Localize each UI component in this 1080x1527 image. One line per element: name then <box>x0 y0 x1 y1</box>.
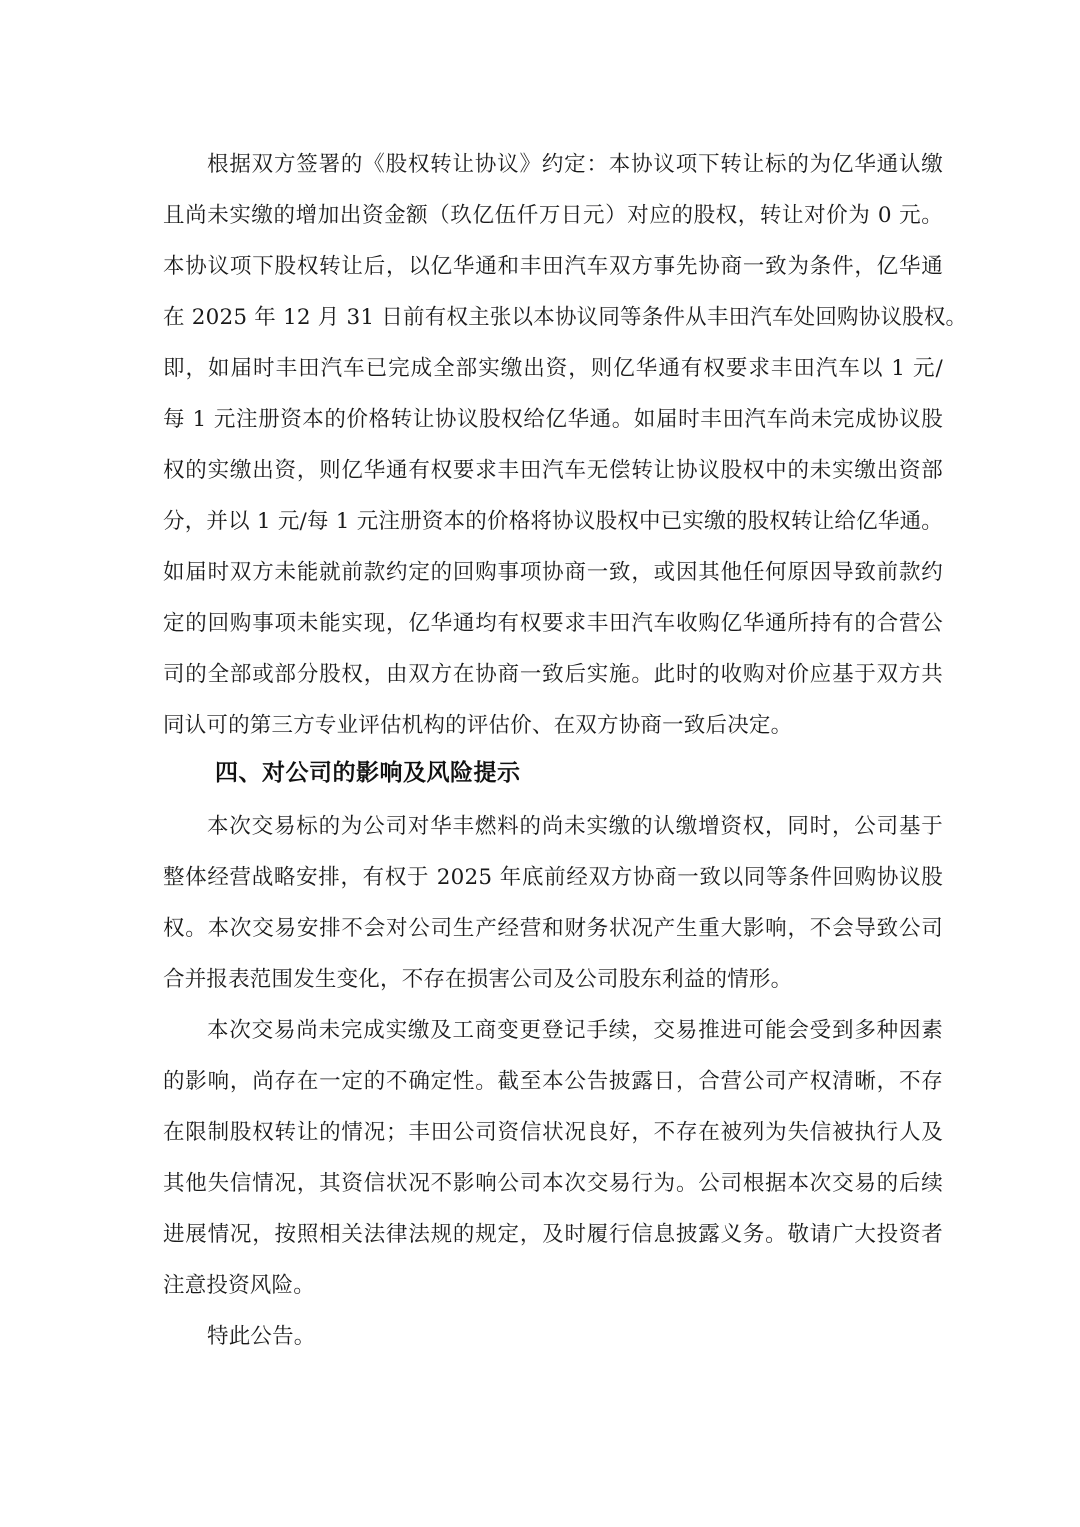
paragraph-line: 权的实缴出资，则亿华通有权要求丰田汽车无偿转让协议股权中的未实缴出资部 <box>163 456 943 486</box>
paragraph-line: 分，并以 1 元/每 1 元注册资本的价格将协议股权中已实缴的股权转让给亿华通。 <box>163 507 943 537</box>
paragraph-line: 本次交易标的为公司对华丰燃料的尚未实缴的认缴增资权，同时，公司基于 <box>207 812 943 842</box>
paragraph-line: 本协议项下股权转让后，以亿华通和丰田汽车双方事先协商一致为条件，亿华通 <box>163 252 943 282</box>
paragraph-line: 根据双方签署的《股权转让协议》约定：本协议项下转让标的为亿华通认缴 <box>207 150 943 180</box>
paragraph-line: 其他失信情况，其资信状况不影响公司本次交易行为。公司根据本次交易的后续 <box>163 1169 943 1199</box>
paragraph-line: 如届时双方未能就前款约定的回购事项协商一致，或因其他任何原因导致前款约 <box>163 558 943 588</box>
closing-statement: 特此公告。 <box>207 1322 943 1352</box>
paragraph-line: 在限制股权转让的情况；丰田公司资信状况良好，不存在被列为失信被执行人及 <box>163 1118 943 1148</box>
paragraph-line: 司的全部或部分股权，由双方在协商一致后实施。此时的收购对价应基于双方共 <box>163 660 943 690</box>
section-heading: 四、对公司的影响及风险提示 <box>215 756 521 790</box>
paragraph-line: 同认可的第三方专业评估机构的评估价、在双方协商一致后决定。 <box>163 711 943 741</box>
paragraph-line: 即，如届时丰田汽车已完成全部实缴出资，则亿华通有权要求丰田汽车以 1 元/ <box>163 354 943 384</box>
paragraph-line: 且尚未实缴的增加出资金额（玖亿伍仟万日元）对应的股权，转让对价为 0 元。 <box>163 201 943 231</box>
paragraph-line: 注意投资风险。 <box>163 1271 943 1301</box>
paragraph-line: 本次交易尚未完成实缴及工商变更登记手续，交易推进可能会受到多种因素 <box>207 1016 943 1046</box>
document-page: 根据双方签署的《股权转让协议》约定：本协议项下转让标的为亿华通认缴 且尚未实缴的… <box>0 0 1080 1527</box>
paragraph-line: 每 1 元注册资本的价格转让协议股权给亿华通。如届时丰田汽车尚未完成协议股 <box>163 405 943 435</box>
paragraph-line: 定的回购事项未能实现，亿华通均有权要求丰田汽车收购亿华通所持有的合营公 <box>163 609 943 639</box>
paragraph-line: 进展情况，按照相关法律法规的规定，及时履行信息披露义务。敬请广大投资者 <box>163 1220 943 1250</box>
paragraph-line: 权。本次交易安排不会对公司生产经营和财务状况产生重大影响，不会导致公司 <box>163 914 943 944</box>
paragraph-line: 整体经营战略安排，有权于 2025 年底前经双方协商一致以同等条件回购协议股 <box>163 863 943 893</box>
paragraph-line: 合并报表范围发生变化，不存在损害公司及公司股东利益的情形。 <box>163 965 943 995</box>
paragraph-line: 在 2025 年 12 月 31 日前有权主张以本协议同等条件从丰田汽车处回购协… <box>163 303 943 333</box>
paragraph-line: 的影响，尚存在一定的不确定性。截至本公告披露日，合营公司产权清晰，不存 <box>163 1067 943 1097</box>
